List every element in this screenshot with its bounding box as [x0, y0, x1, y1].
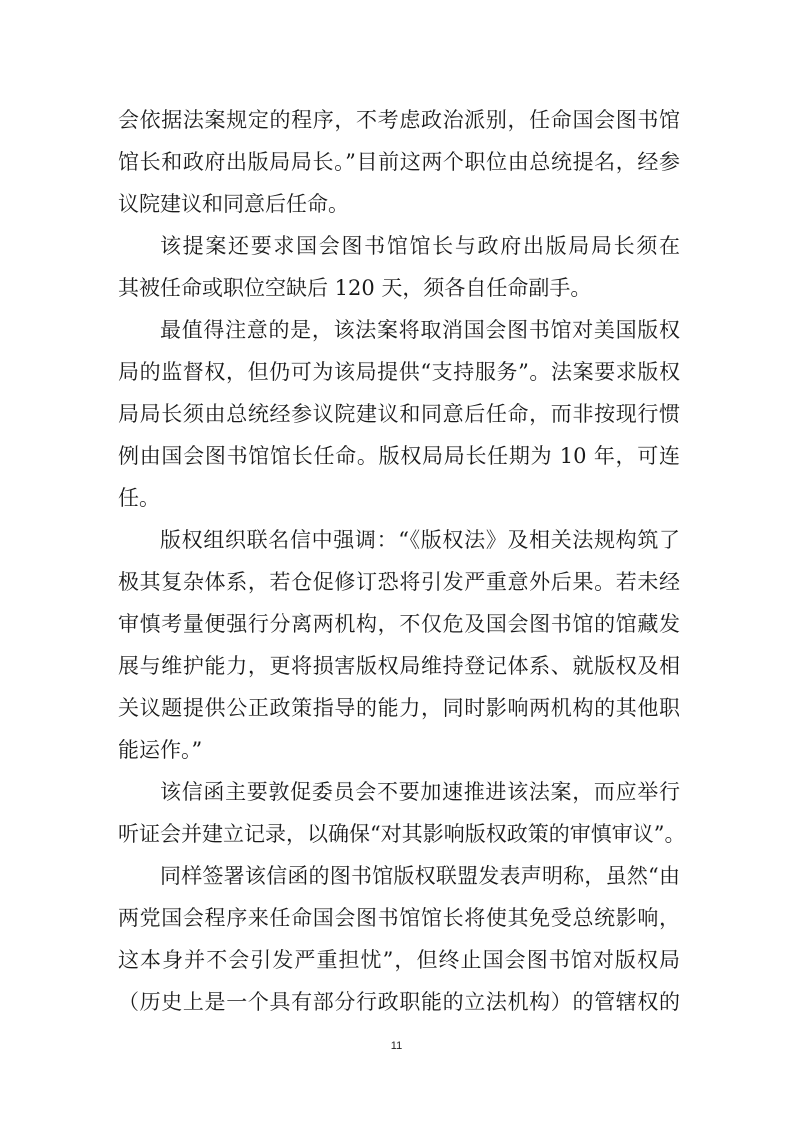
page-number: 11: [0, 1040, 793, 1052]
text-line: 能运作。”: [118, 729, 680, 771]
text-line: 其被任命或职位空缺后 120 天，须各自任命副手。: [118, 267, 680, 309]
text-line: 任。: [118, 477, 680, 519]
text-line: 展与维护能力，更将损害版权局维持登记体系、就版权及相: [118, 645, 680, 687]
document-page: 会依据法案规定的程序，不考虑政治派别，任命国会图书馆 馆长和政府出版局局长。”目…: [0, 0, 793, 1122]
text-line: 馆长和政府出版局局长。”目前这两个职位由总统提名，经参: [118, 141, 680, 183]
paragraph-start-line: 版权组织联名信中强调：“《版权法》及相关法规构筑了: [118, 519, 680, 561]
text-line: 局的监督权，但仍可为该局提供“支持服务”。法案要求版权: [118, 351, 680, 393]
text-line: （历史上是一个具有部分行政职能的立法机构）的管辖权的: [118, 981, 680, 1023]
text-line: 例由国会图书馆馆长任命。版权局局长任期为 10 年，可连: [118, 435, 680, 477]
text-line: 极其复杂体系，若仓促修订恐将引发严重意外后果。若未经: [118, 561, 680, 603]
text-line: 关议题提供公正政策指导的能力，同时影响两机构的其他职: [118, 687, 680, 729]
text-line: 听证会并建立记录，以确保“对其影响版权政策的审慎审议”。: [118, 813, 680, 855]
paragraph-start-line: 该信函主要敦促委员会不要加速推进该法案，而应举行: [118, 771, 680, 813]
paragraph-start-line: 同样签署该信函的图书馆版权联盟发表声明称，虽然“由: [118, 855, 680, 897]
paragraph-start-line: 最值得注意的是，该法案将取消国会图书馆对美国版权: [118, 309, 680, 351]
body-text: 会依据法案规定的程序，不考虑政治派别，任命国会图书馆 馆长和政府出版局局长。”目…: [118, 99, 680, 1023]
text-line: 局局长须由总统经参议院建议和同意后任命，而非按现行惯: [118, 393, 680, 435]
text-line: 会依据法案规定的程序，不考虑政治派别，任命国会图书馆: [118, 99, 680, 141]
paragraph-start-line: 该提案还要求国会图书馆馆长与政府出版局局长须在: [118, 225, 680, 267]
text-line: 两党国会程序来任命国会图书馆馆长将使其免受总统影响，: [118, 897, 680, 939]
text-line: 这本身并不会引发严重担忧”，但终止国会图书馆对版权局: [118, 939, 680, 981]
text-line: 审慎考量便强行分离两机构，不仅危及国会图书馆的馆藏发: [118, 603, 680, 645]
text-line: 议院建议和同意后任命。: [118, 183, 680, 225]
